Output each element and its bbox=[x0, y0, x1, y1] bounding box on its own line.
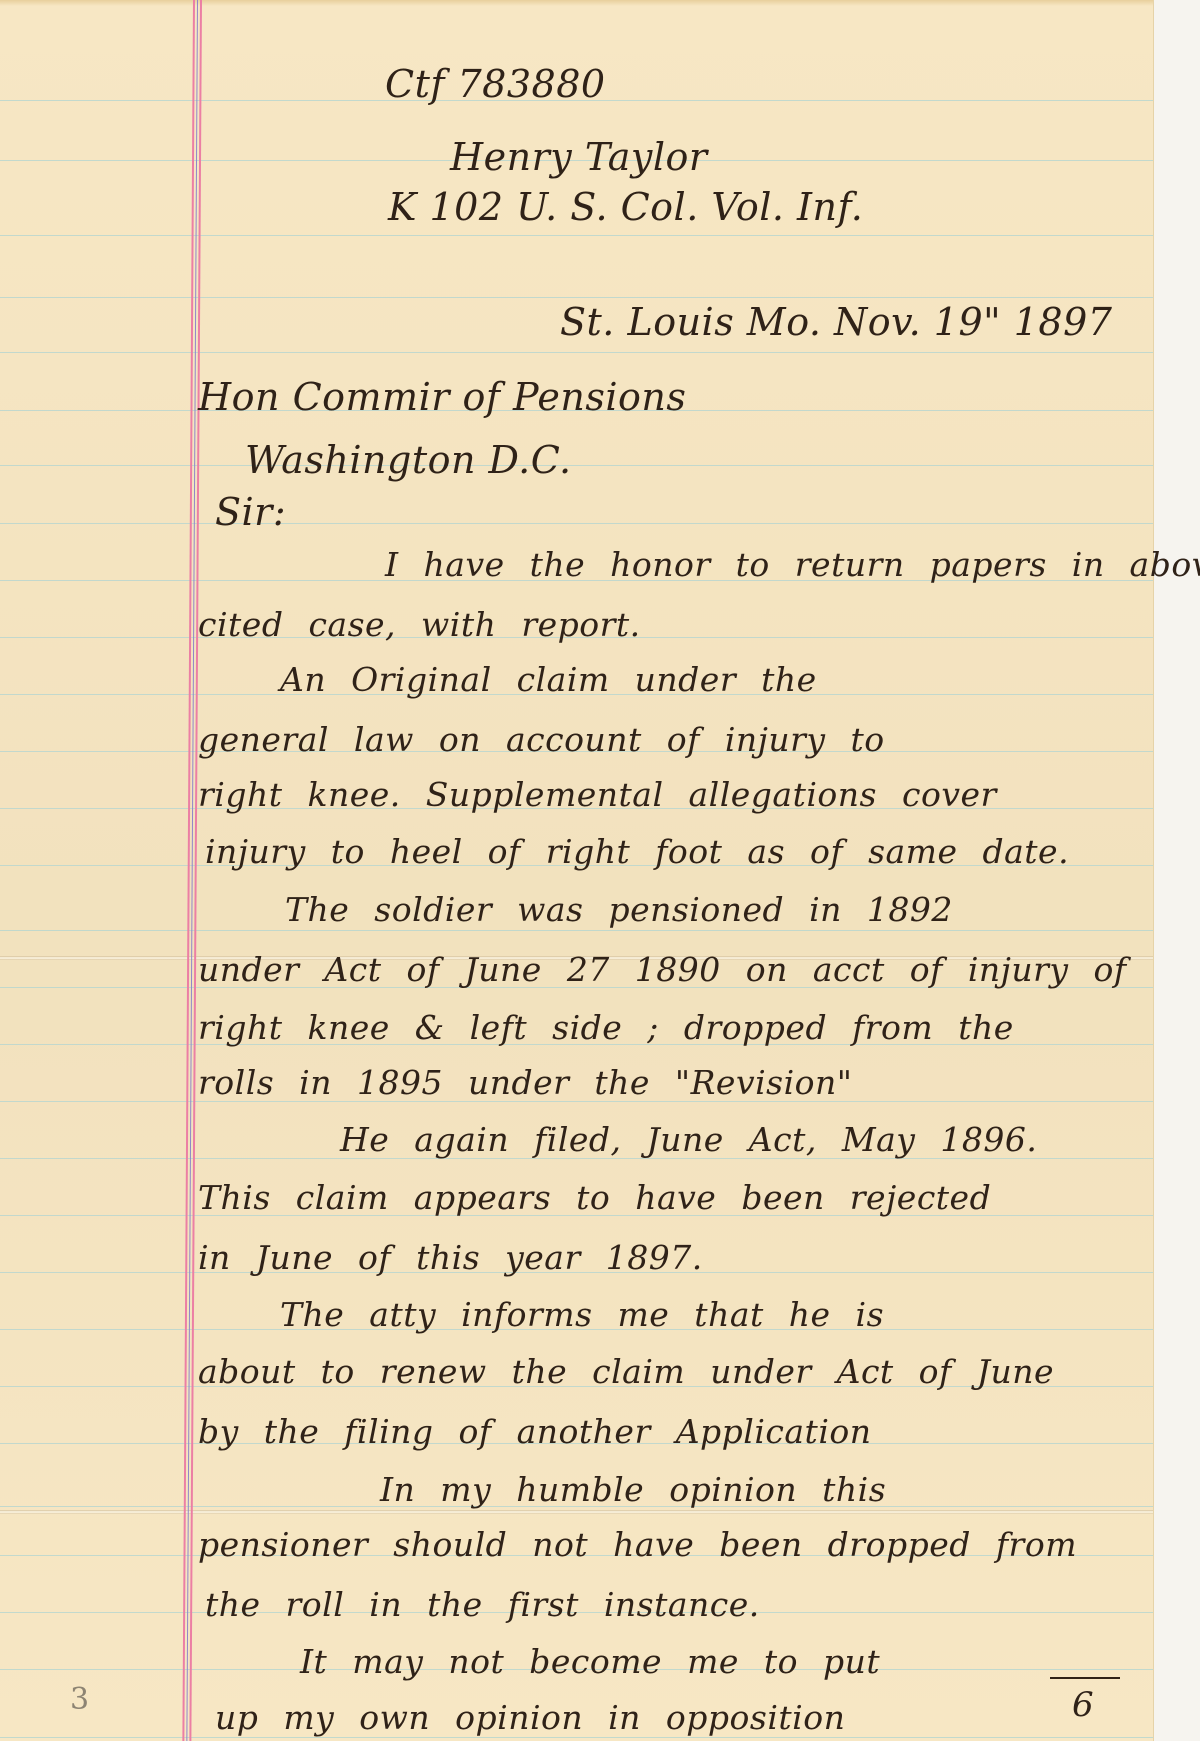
rule-line bbox=[0, 523, 1153, 524]
body-line: right knee. Supplemental allegations cov… bbox=[198, 775, 997, 814]
body-line: by the filing of another Application bbox=[198, 1412, 872, 1451]
fold-crease bbox=[0, 1510, 1153, 1514]
military-unit: K 102 U. S. Col. Vol. Inf. bbox=[388, 185, 863, 229]
rule-line bbox=[0, 235, 1153, 236]
body-line: The soldier was pensioned in 1892 bbox=[285, 890, 953, 929]
catchword-mark: 6 bbox=[1072, 1685, 1094, 1725]
catchword-underline bbox=[1050, 1677, 1120, 1679]
body-line: up my own opinion in opposition bbox=[215, 1698, 845, 1737]
rule-line bbox=[0, 297, 1153, 298]
body-line: rolls in 1895 under the "Revision" bbox=[198, 1063, 852, 1102]
body-line: injury to heel of right foot as of same … bbox=[205, 832, 1069, 871]
dateline: St. Louis Mo. Nov. 19" 1897 bbox=[560, 300, 1112, 344]
body-line: An Original claim under the bbox=[280, 660, 817, 699]
body-line: the roll in the first instance. bbox=[205, 1585, 760, 1624]
body-line: about to renew the claim under Act of Ju… bbox=[198, 1352, 1054, 1391]
body-line: I have the honor to return papers in abo… bbox=[385, 545, 1200, 584]
pensioner-name: Henry Taylor bbox=[450, 135, 708, 179]
rule-line bbox=[0, 352, 1153, 353]
addressee-line-1: Hon Commir of Pensions bbox=[198, 375, 686, 419]
body-line: pensioner should not have been dropped f… bbox=[198, 1525, 1077, 1564]
body-line: right knee & left side ; dropped from th… bbox=[198, 1008, 1014, 1047]
body-line: This claim appears to have been rejected bbox=[198, 1178, 991, 1217]
body-line: He again filed, June Act, May 1896. bbox=[340, 1120, 1037, 1159]
paper-edge-shade bbox=[0, 0, 1153, 6]
body-line: general law on account of injury to bbox=[198, 720, 885, 759]
certificate-number: Ctf 783880 bbox=[385, 62, 606, 106]
rule-line bbox=[0, 465, 1153, 466]
rule-line bbox=[0, 1737, 1153, 1738]
body-line: cited case, with report. bbox=[198, 605, 641, 644]
body-line: The atty informs me that he is bbox=[280, 1295, 884, 1334]
body-line: It may not become me to put bbox=[300, 1642, 880, 1681]
body-line: In my humble opinion this bbox=[380, 1470, 886, 1509]
addressee-line-2: Washington D.C. bbox=[245, 438, 572, 482]
body-line: under Act of June 27 1890 on acct of inj… bbox=[198, 950, 1127, 989]
salutation: Sir: bbox=[215, 490, 286, 534]
body-line: in June of this year 1897. bbox=[198, 1238, 703, 1277]
letter-page: Ctf 783880 Henry Taylor K 102 U. S. Col.… bbox=[0, 0, 1153, 1741]
page-number: 3 bbox=[70, 1682, 89, 1717]
rule-line bbox=[0, 930, 1153, 931]
